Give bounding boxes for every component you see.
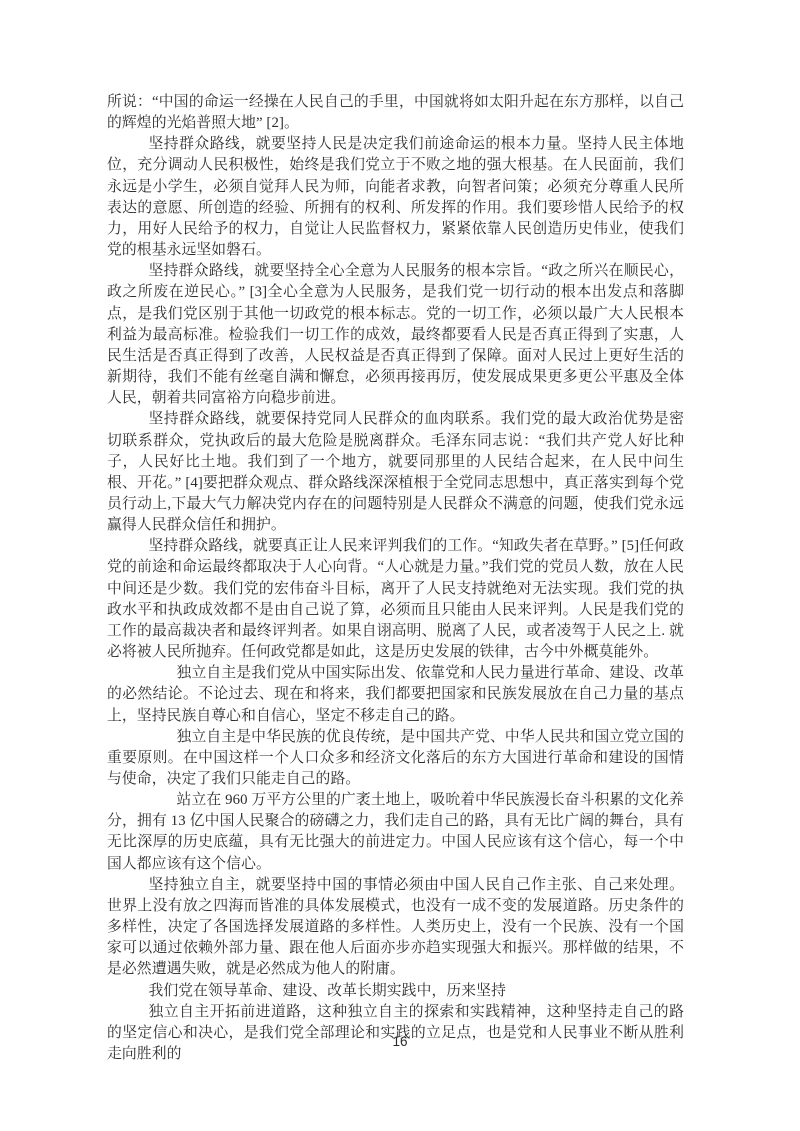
paragraph: 独立自主是中华民族的优良传统，是中国共产党、中华人民共和国立党立国的重要原则。在… xyxy=(107,727,684,790)
paragraph: 站立在 960 万平方公里的广袤土地上，吸吮着中华民族漫长奋斗积累的文化养分，拥… xyxy=(107,790,684,875)
paragraph: 独立自主是我们党从中国实际出发、依靠党和人民力量进行革命、建设、改革的必然结论。… xyxy=(107,663,684,726)
paragraph: 我们党在领导革命、建设、改革长期实践中，历来坚持 xyxy=(107,981,684,1002)
paragraph: 坚持群众路线，就要保持党同人民群众的血肉联系。我们党的最大政治优势是密切联系群众… xyxy=(107,409,684,536)
paragraph: 坚持独立自主，就要坚持中国的事情必须由中国人民自己作主张、自己来处理。世界上没有… xyxy=(107,875,684,981)
document-page: 所说：“中国的命运一经操在人民自己的手里，中国就将如太阳升起在东方那样，以自己的… xyxy=(0,0,800,1131)
paragraph: 坚持群众路线，就要真正让人民来评判我们的工作。“知政失者在草野。” [5]任何政… xyxy=(107,536,684,663)
page-number: 16 xyxy=(0,1034,800,1049)
paragraph: 所说：“中国的命运一经操在人民自己的手里，中国就将如太阳升起在东方那样，以自己的… xyxy=(107,92,684,134)
paragraph: 坚持群众路线，就要坚持全心全意为人民服务的根本宗旨。“政之所兴在顺民心，政之所废… xyxy=(107,261,684,409)
paragraph: 坚持群众路线，就要坚持人民是决定我们前途命运的根本力量。坚持人民主体地位，充分调… xyxy=(107,134,684,261)
page-body-text: 所说：“中国的命运一经操在人民自己的手里，中国就将如太阳升起在东方那样，以自己的… xyxy=(107,92,684,1065)
